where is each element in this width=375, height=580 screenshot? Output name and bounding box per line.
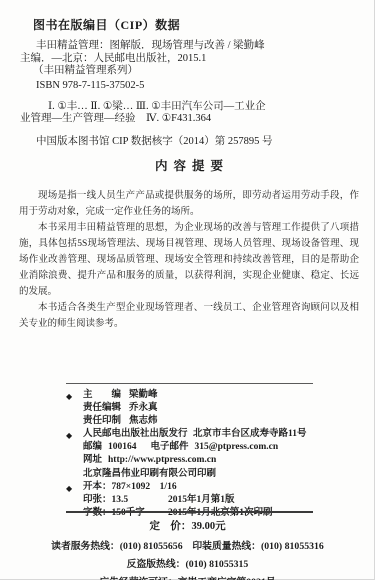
format-label: 开本： [83,482,112,492]
bibliographic-line-1: 丰田精益管理：图解版．现场管理与改善 / 梁勤峰 [20,40,361,52]
price-line: 定 价：39.00元 [0,518,375,533]
website-row: 网址http://www.ptpress.com.cn [66,454,313,467]
sheets-label: 印张： [83,495,112,505]
printer-name: 北京隆昌伟业印刷有限公司印刷 [83,469,216,479]
sheets-value: 13.5 [112,495,129,505]
classification-line-2: 业管理—生产管理—经验 Ⅳ. ①F431.364 [20,113,361,125]
staff-role: 责任编辑 [83,403,121,413]
format-value: 787×1092 1/16 [112,482,177,492]
cip-registry-line: 中国版本图书馆 CIP 数据核字（2014）第 257895 号 [20,136,361,148]
cip-section: 图书在版编目（CIP）数据 丰田精益管理：图解版．现场管理与改善 / 梁勤峰 主… [20,19,361,148]
content-summary-section: 内容提要 现场是指一线人员生产产品或提供服务的场所，即劳动者运用劳动手段，作用于… [19,156,359,332]
summary-heading: 内容提要 [19,156,359,174]
staff-name: 焦志炜 [129,416,158,426]
advertising-license-line: 广告经营许可证：京崇工商广字第0021号 [0,574,375,580]
isbn-line: ISBN 978-7-115-37502-5 [20,80,361,92]
staff-role: 主 编 [83,390,121,400]
edition-value: 2015年1月第1版 [168,494,235,507]
staff-name: 梁勤峰 [129,390,158,400]
email-value: 315@ptpress.com.cn [195,442,279,452]
publisher-address: 北京市丰台区成寿寺路11号 [193,428,306,441]
classification-line-1: Ⅰ. ①丰… Ⅱ. ①梁… Ⅲ. ①丰田汽车公司—工业企 [20,101,361,113]
footer-section: 定 价：39.00元 读者服务热线：(010) 81055656 印装质量热线：… [0,511,375,580]
summary-paragraph: 现场是指一线人员生产产品或提供服务的场所，即劳动者运用劳动手段，作用于劳动对象，… [19,188,359,220]
format-row: ◆ 开本：787×1092 1/16 [66,481,313,494]
publisher-row: ◆ 人民邮电出版社出版发行 北京市丰台区成寿寺路11号 [66,428,313,441]
publisher-name: 人民邮电出版社出版发行 [83,429,188,439]
bibliographic-line-2: 主编．—北京：人民邮电出版社，2015.1 [20,53,361,65]
summary-paragraph: 本书采用丰田精益管理的思想，为企业现场的改善与管理工作提供了八项措施，具体包括5… [19,220,359,300]
staff-row-chief-editor: ◆ 主 编梁勤峰 [66,389,313,402]
divider-top [66,383,313,384]
staff-row-responsible-editor: 责任编辑乔永真 [66,402,313,415]
antipiracy-hotline-label: 反盗版热线： [127,559,186,570]
summary-paragraphs: 现场是指一线人员生产产品或提供服务的场所，即劳动者运用劳动手段，作用于劳动对象，… [19,188,359,332]
summary-paragraph: 本书适合各类生产型企业现场管理者、一线员工、企业管理咨询顾问以及相关专业的师生阅… [19,300,359,332]
price-value: 39.00元 [191,521,225,532]
email-label: 电子邮件 [151,442,189,452]
price-label: 定 价： [149,521,191,532]
quality-hotline-phone: (010) 81055316 [261,541,324,552]
sheets-row: 印张：13.5 2015年1月第1版 [66,494,313,507]
reader-hotline-phone: (010) 81055656 [120,541,183,552]
hotline-row-1: 读者服务热线：(010) 81055656 印装质量热线：(010) 81055… [0,538,375,552]
quality-hotline-label: 印装质量热线： [183,541,261,552]
printer-row: 北京隆昌伟业印刷有限公司印刷 [66,468,313,481]
antipiracy-hotline-phone: (010) 81055315 [185,559,248,570]
reader-hotline-label: 读者服务热线： [51,541,120,552]
divider-bottom [66,511,313,513]
colophon-section: ◆ 主 编梁勤峰 责任编辑乔永真 责任印制焦志炜 ◆ 人民邮电出版社出版发行 北… [66,383,313,520]
book-copyright-page: 图书在版编目（CIP）数据 丰田精益管理：图解版．现场管理与改善 / 梁勤峰 主… [0,0,375,580]
contact-row: 邮编100164电子邮件315@ptpress.com.cn [66,441,313,454]
postcode-value: 100164 [108,442,137,452]
series-line: （丰田精益管理系列） [20,65,361,77]
staff-role: 责任印制 [83,416,121,426]
website-url: http://www.ptpress.com.cn [108,455,216,465]
cip-heading: 图书在版编目（CIP）数据 [20,19,361,31]
website-label: 网址 [83,455,102,465]
postcode-label: 邮编 [83,442,102,452]
hotline-row-2: 反盗版热线：(010) 81055315 [0,556,375,570]
staff-row-print-supervisor: 责任印制焦志炜 [66,415,313,428]
staff-name: 乔永真 [129,403,158,413]
